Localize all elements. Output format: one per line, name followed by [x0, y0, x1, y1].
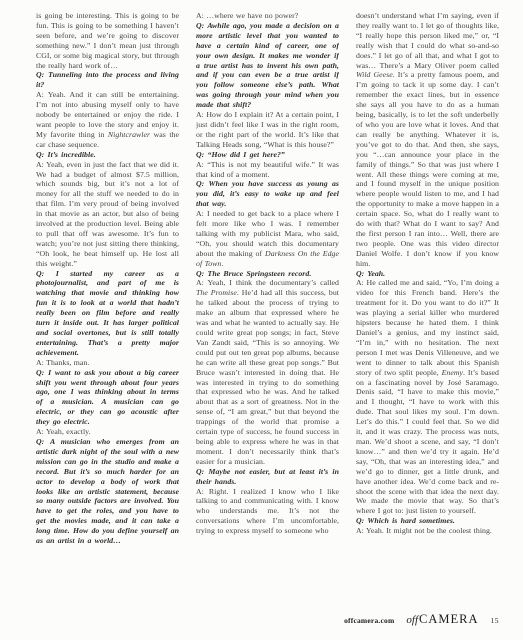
- text-run: Q: It’s incredible.: [36, 150, 96, 159]
- question-block: Q: When you have success as young as you…: [196, 179, 339, 209]
- text-run: .: [221, 259, 223, 268]
- text-run: A: …where we have no power?: [196, 11, 298, 20]
- question-block: Q: I want to ask you about a big career …: [36, 368, 179, 427]
- answer-block: A: Yeah, exactly.: [36, 427, 179, 437]
- column-3: doesn’t understand what I’m saying, even…: [356, 11, 499, 603]
- question-block: Q: Tunneling into the process and living…: [36, 70, 179, 90]
- text-run: A: “This is not my beautiful wife.” It w…: [196, 160, 339, 179]
- text-run: Q: Tunneling into the process and living…: [36, 70, 179, 89]
- text-run: A: Right. I realized I know who I like t…: [196, 487, 339, 536]
- text-run: Q: I started my career as a photojournal…: [36, 269, 179, 357]
- column-2: A: …where we have no power?Q: Awhile ago…: [196, 11, 339, 603]
- answer-block: A: “This is not my beautiful wife.” It w…: [196, 160, 339, 180]
- text-run: A: Yeah, even in just the fact that we d…: [36, 160, 179, 268]
- magazine-logo-camera: CAMERA: [419, 612, 478, 627]
- page-number: 15: [491, 616, 500, 625]
- question-block: Q: Awhile ago, you made a decision on a …: [196, 21, 339, 110]
- italic-work-title: Wild Geese: [356, 70, 393, 79]
- question-block: Q: Yeah.: [356, 269, 499, 279]
- answer-block: doesn’t understand what I’m saying, even…: [356, 11, 499, 269]
- question-block: Q: Which is hard sometimes.: [356, 516, 499, 526]
- question-block: Q: Maybe not easier, but at least it’s i…: [196, 467, 339, 487]
- text-run: A: Thanks, man.: [36, 358, 89, 367]
- article-columns: is going be interesting. This is going t…: [36, 11, 497, 603]
- answer-block: A: Yeah, even in just the fact that we d…: [36, 160, 179, 269]
- answer-block: A: Thanks, man.: [36, 358, 179, 368]
- text-run: . It’s based on a fascinating novel by J…: [356, 368, 499, 516]
- italic-work-title: The Promise: [196, 288, 237, 297]
- answer-block: A: How do I explain it? At a certain poi…: [196, 110, 339, 150]
- magazine-logo: off CAMERA: [406, 612, 478, 627]
- text-run: Q: “How did I get here?”: [196, 150, 285, 159]
- text-run: doesn’t understand what I’m saying, even…: [356, 11, 499, 70]
- question-block: Q: It’s incredible.: [36, 150, 179, 160]
- answer-block: A: Yeah. And it can still be entertainin…: [36, 90, 179, 149]
- answer-block: A: Yeah. It might not be the coolest thi…: [356, 526, 499, 536]
- magazine-logo-off: off: [406, 614, 418, 626]
- answer-block: A: Right. I realized I know who I like t…: [196, 487, 339, 537]
- question-block: Q: I started my career as a photojournal…: [36, 269, 179, 358]
- text-run: Q: Which is hard sometimes.: [356, 516, 455, 525]
- website-url: offcamera.com: [344, 616, 394, 625]
- answer-block: A: He called me and said, “Yo, I’m doing…: [356, 278, 499, 516]
- text-run: . He’d had all this success, but he talk…: [196, 288, 339, 465]
- italic-work-title: Enemy: [442, 368, 463, 377]
- text-run: A: Yeah, exactly.: [36, 427, 91, 436]
- text-run: Q: The Bruce Springsteen record.: [196, 269, 311, 278]
- text-run: A: He called me and said, “Yo, I’m doing…: [356, 278, 499, 376]
- text-run: Q: Maybe not easier, but at least it’s i…: [196, 467, 339, 486]
- italic-work-title: Nightcrawler: [108, 130, 150, 139]
- text-run: . It’s a pretty famous poem, and I’m goi…: [356, 70, 499, 267]
- magazine-page: is going be interesting. This is going t…: [0, 0, 523, 640]
- text-run: A: Yeah. It might not be the coolest thi…: [356, 526, 492, 535]
- question-block: Q: A musician who emerges from an artist…: [36, 437, 179, 546]
- text-run: Q: I want to ask you about a big career …: [36, 368, 179, 427]
- answer-block: A: Yeah, I think the documentary’s calle…: [196, 278, 339, 466]
- text-run: Q: When you have success as young as you…: [196, 179, 339, 208]
- answer-block: A: I needed to get back to a place where…: [196, 209, 339, 268]
- question-block: Q: “How did I get here?”: [196, 150, 339, 160]
- text-run: Q: Awhile ago, you made a decision on a …: [196, 21, 339, 109]
- column-1: is going be interesting. This is going t…: [36, 11, 179, 603]
- text-run: is going be interesting. This is going t…: [36, 11, 179, 70]
- text-run: A: How do I explain it? At a certain poi…: [196, 110, 339, 149]
- text-run: A: Yeah, I think the documentary’s calle…: [196, 278, 339, 287]
- answer-block: is going be interesting. This is going t…: [36, 11, 179, 70]
- question-block: Q: The Bruce Springsteen record.: [196, 269, 339, 279]
- text-run: Q: A musician who emerges from an artist…: [36, 437, 179, 545]
- answer-block: A: …where we have no power?: [196, 11, 339, 21]
- page-footer: offcamera.com off CAMERA 15: [344, 612, 499, 627]
- text-run: Q: Yeah.: [356, 269, 385, 278]
